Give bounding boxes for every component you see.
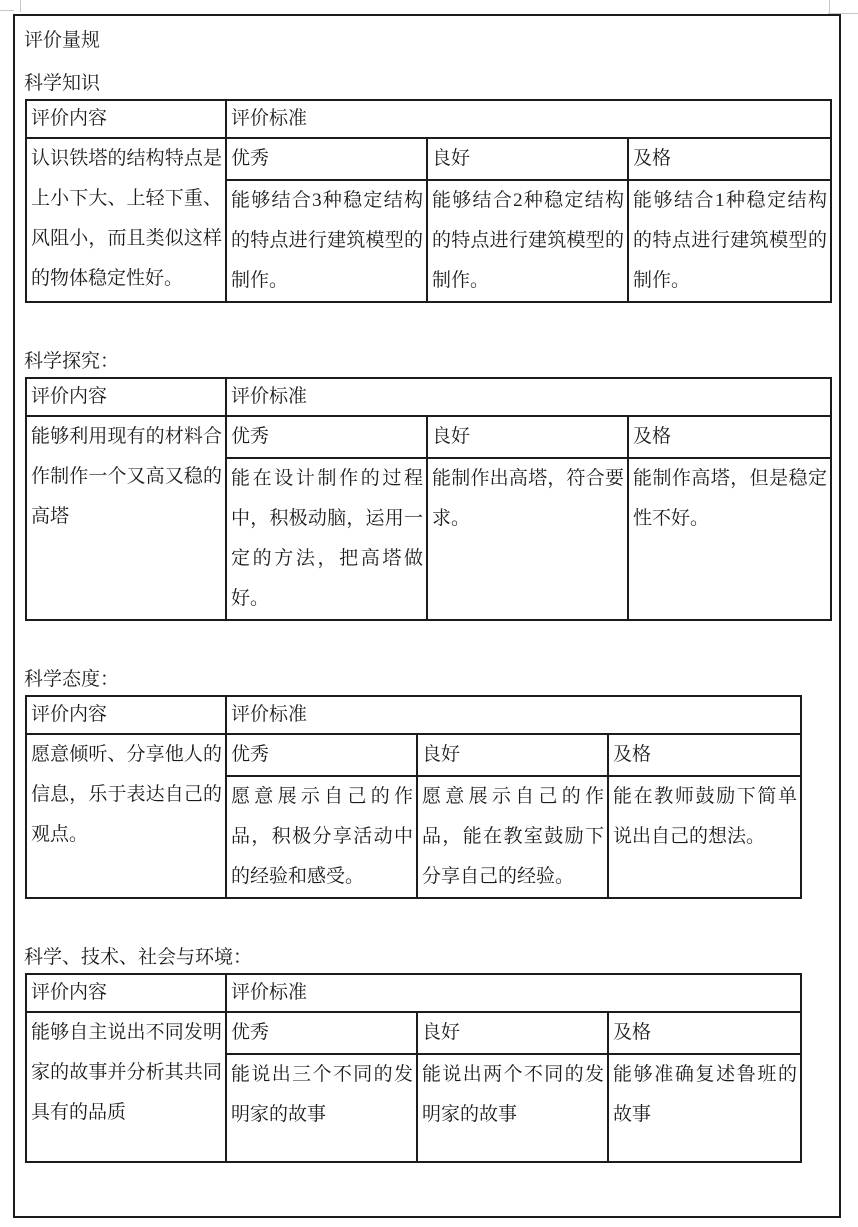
document-canvas: 评价量规 科学知识 评价内容 评价标准 认识铁塔的结构特点是上小下大、上轻下重、… bbox=[0, 0, 858, 1227]
standard-header-cell: 评价标准 bbox=[226, 378, 831, 416]
grade-criteria-excellent: 愿意展示自己的作品，积极分享活动中的经验和感受。 bbox=[226, 776, 417, 898]
content-header-cell: 评价内容 bbox=[26, 974, 226, 1012]
rubric-table-science-tech-society-environment: 评价内容 评价标准 能够自主说出不同发明家的故事并分析其共同具有的品质 优秀 良… bbox=[25, 973, 802, 1163]
rubric-table-science-inquiry: 评价内容 评价标准 能够利用现有的材料合作制作一个又高又稳的高塔 优秀 良好 及… bbox=[25, 377, 832, 621]
grade-label-good: 良好 bbox=[427, 416, 628, 458]
grade-criteria-excellent: 能说出三个不同的发明家的故事 bbox=[226, 1054, 417, 1162]
grade-criteria-pass: 能够准确复述鲁班的故事 bbox=[608, 1054, 801, 1162]
grade-criteria-good: 能够结合2种稳定结构的特点进行建筑模型的制作。 bbox=[427, 180, 628, 302]
standard-header-cell: 评价标准 bbox=[226, 974, 801, 1012]
section-label-science-knowledge: 科学知识 bbox=[24, 73, 839, 95]
grade-criteria-excellent: 能在设计制作的过程中，积极动脑，运用一定的方法，把高塔做好。 bbox=[226, 458, 427, 620]
standard-header-cell: 评价标准 bbox=[226, 100, 831, 138]
content-header-cell: 评价内容 bbox=[26, 696, 226, 734]
grade-label-excellent: 优秀 bbox=[226, 416, 427, 458]
grade-label-good: 良好 bbox=[417, 1012, 608, 1054]
rubric-table-science-attitude: 评价内容 评价标准 愿意倾听、分享他人的信息，乐于表达自己的观点。 优秀 良好 … bbox=[25, 695, 802, 899]
grade-label-good: 良好 bbox=[417, 734, 608, 776]
content-header-cell: 评价内容 bbox=[26, 378, 226, 416]
grade-label-pass: 及格 bbox=[628, 416, 831, 458]
rubric-table-science-knowledge: 评价内容 评价标准 认识铁塔的结构特点是上小下大、上轻下重、风阻小，而且类似这样… bbox=[25, 99, 832, 303]
document-page: 评价量规 科学知识 评价内容 评价标准 认识铁塔的结构特点是上小下大、上轻下重、… bbox=[13, 14, 841, 1218]
section-label-science-inquiry: 科学探究： bbox=[24, 351, 839, 373]
grade-criteria-pass: 能够结合1种稳定结构的特点进行建筑模型的制作。 bbox=[628, 180, 831, 302]
grade-label-pass: 及格 bbox=[608, 1012, 801, 1054]
page-edge-mark bbox=[0, 10, 14, 11]
grade-label-pass: 及格 bbox=[628, 138, 831, 180]
grade-criteria-good: 能制作出高塔，符合要求。 bbox=[427, 458, 628, 620]
grade-label-excellent: 优秀 bbox=[226, 734, 417, 776]
evaluation-content-cell: 认识铁塔的结构特点是上小下大、上轻下重、风阻小，而且类似这样的物体稳定性好。 bbox=[26, 138, 226, 302]
grade-criteria-good: 能说出两个不同的发明家的故事 bbox=[417, 1054, 608, 1162]
standard-header-cell: 评价标准 bbox=[226, 696, 801, 734]
grade-label-excellent: 优秀 bbox=[226, 138, 427, 180]
grade-criteria-good: 愿意展示自己的作品，能在教室鼓励下分享自己的经验。 bbox=[417, 776, 608, 898]
evaluation-content-cell: 愿意倾听、分享他人的信息，乐于表达自己的观点。 bbox=[26, 734, 226, 898]
grade-criteria-pass: 能制作高塔，但是稳定性不好。 bbox=[628, 458, 831, 620]
evaluation-content-cell: 能够利用现有的材料合作制作一个又高又稳的高塔 bbox=[26, 416, 226, 620]
grade-label-pass: 及格 bbox=[608, 734, 801, 776]
grade-label-excellent: 优秀 bbox=[226, 1012, 417, 1054]
page-edge-mark bbox=[20, 0, 21, 12]
document-title: 评价量规 bbox=[24, 30, 839, 52]
evaluation-content-cell: 能够自主说出不同发明家的故事并分析其共同具有的品质 bbox=[26, 1012, 226, 1162]
section-label-science-tech-society-environment: 科学、技术、社会与环境： bbox=[24, 947, 839, 969]
section-label-science-attitude: 科学态度： bbox=[24, 669, 839, 691]
content-header-cell: 评价内容 bbox=[26, 100, 226, 138]
page-edge-mark bbox=[829, 0, 830, 13]
grade-criteria-excellent: 能够结合3种稳定结构的特点进行建筑模型的制作。 bbox=[226, 180, 427, 302]
grade-criteria-pass: 能在教师鼓励下简单说出自己的想法。 bbox=[608, 776, 801, 898]
grade-label-good: 良好 bbox=[427, 138, 628, 180]
